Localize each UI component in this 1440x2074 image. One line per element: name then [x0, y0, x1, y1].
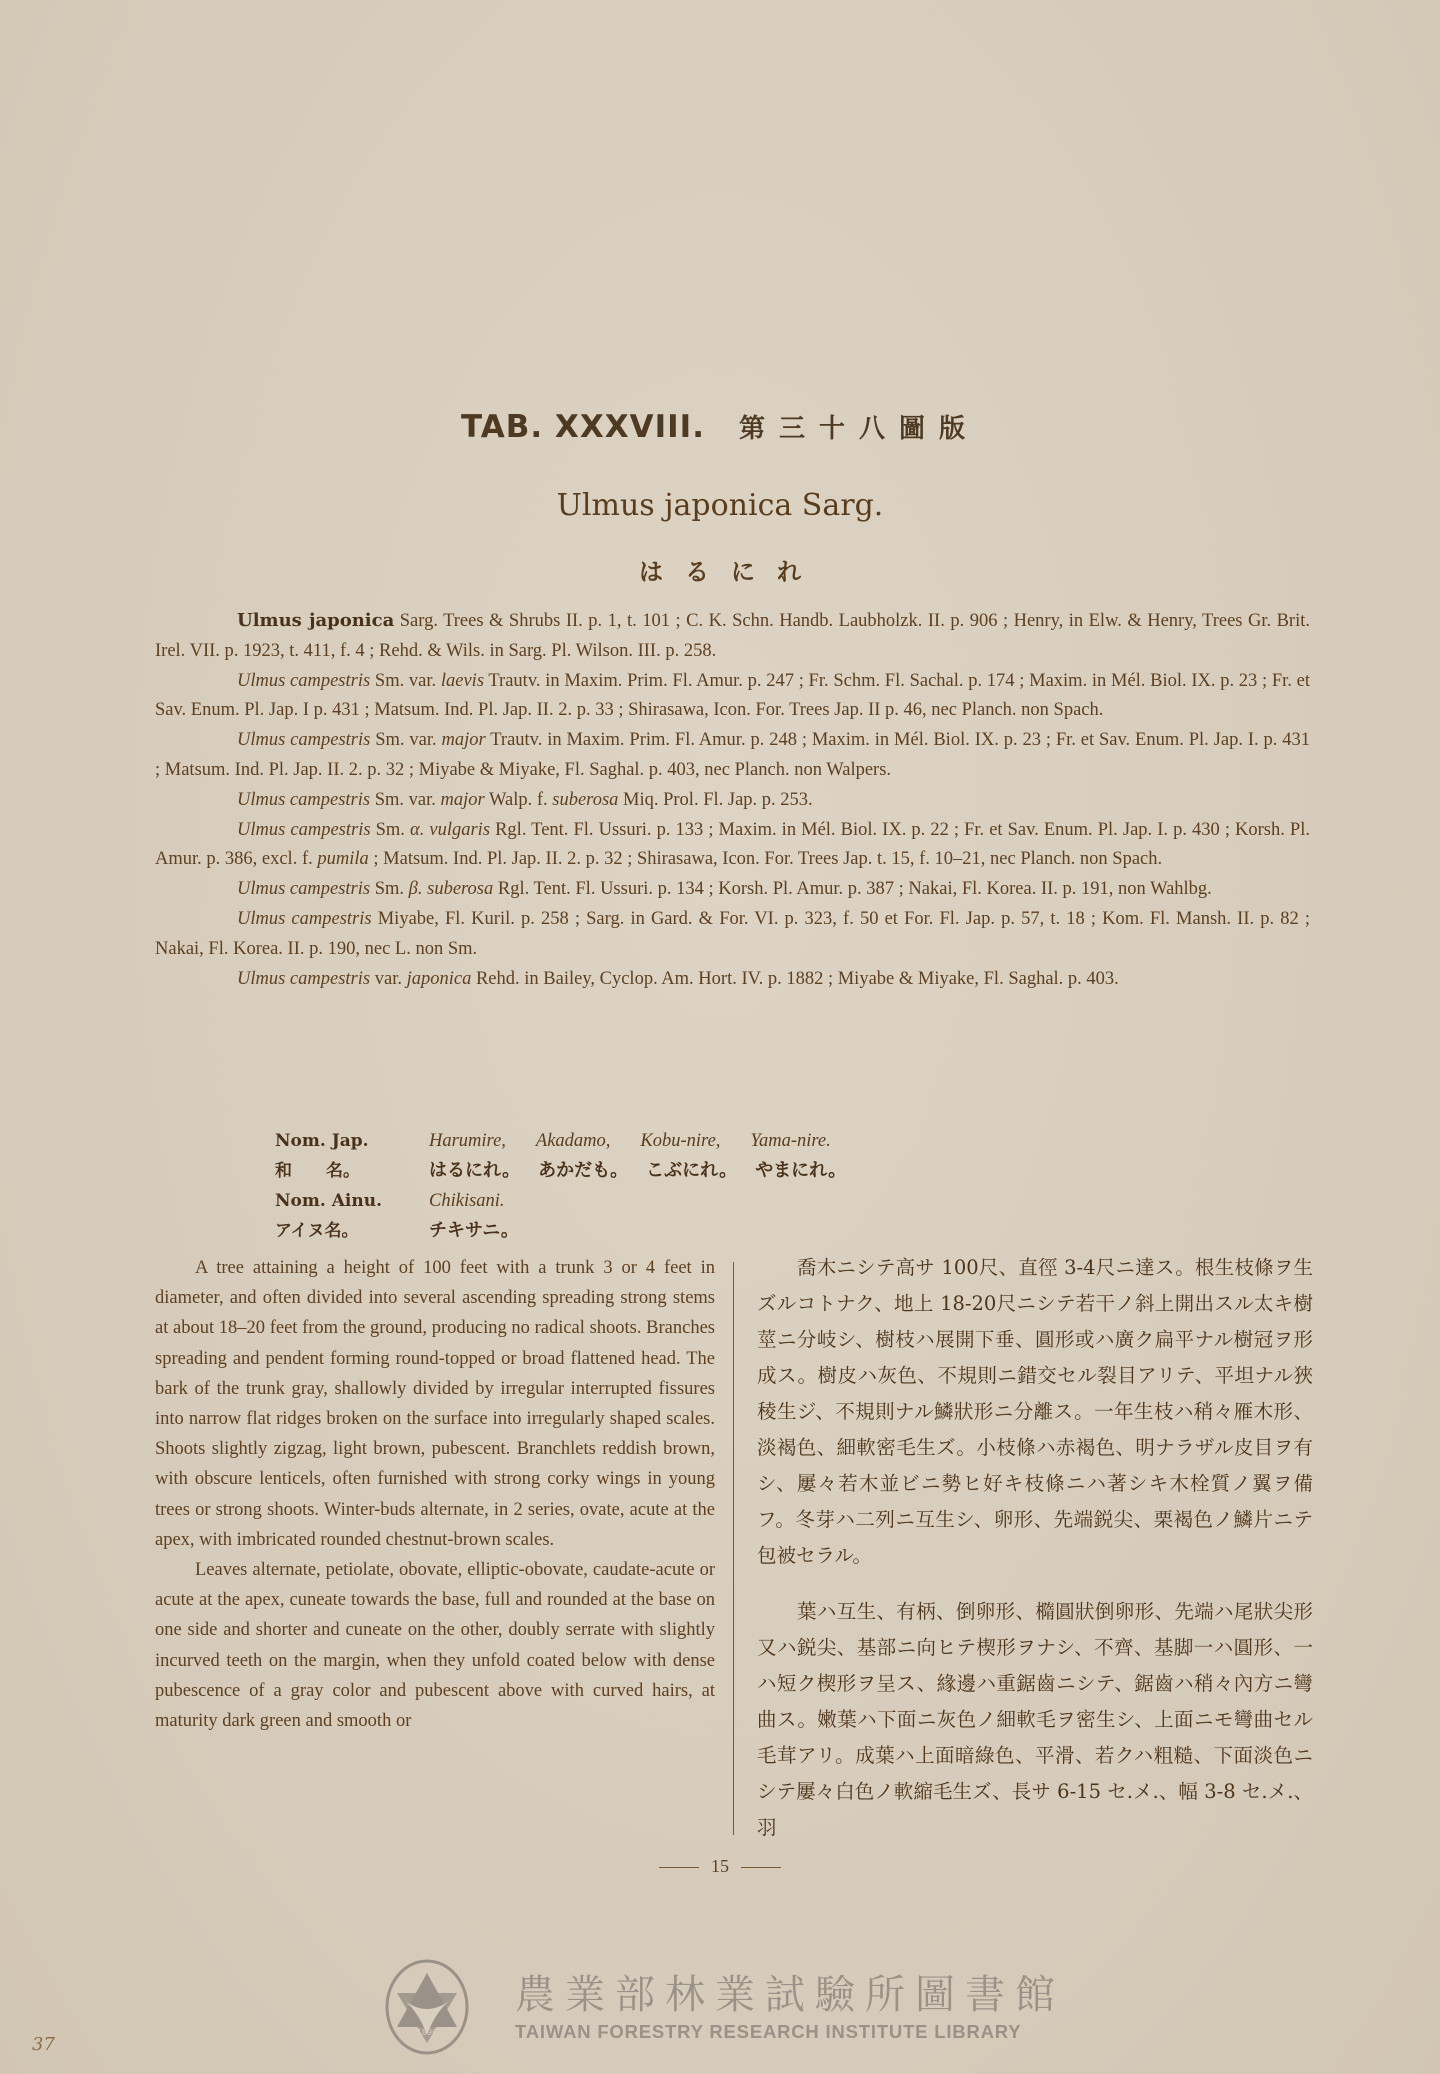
nom-ainu-label: Nom. Ainu.	[275, 1186, 429, 1216]
ainu-row: アイヌ名。 チキサニ。	[275, 1216, 1175, 1246]
paragraph: 喬木ニシテ高サ 100尺、直徑 3-4尺ニ達ス。根生枝條ヲ生ズルコトナク、地上 …	[757, 1250, 1313, 1574]
watermark-english: TAIWAN FORESTRY RESEARCH INSTITUTE LIBRA…	[515, 2021, 1021, 2043]
synonym-entry: Ulmus campestris Sm. var. laevis Trautv.…	[155, 667, 1310, 727]
plate-label-jp: 第三十八圖版	[739, 414, 979, 444]
plate-title: TAB. XXXVIII.第三十八圖版	[0, 408, 1440, 445]
dash-rule	[659, 1867, 699, 1868]
synonym-entry: Ulmus campestris Sm. var. major Trautv. …	[155, 726, 1310, 786]
handwritten-mark: 37	[32, 2034, 55, 2055]
institute-seal-icon: 1896	[375, 1955, 480, 2060]
synonym-entry: Ulmus campestris var. japonica Rehd. in …	[155, 965, 1310, 995]
vernacular-names: Nom. Jap. Harumire, Akadamo, Kobu-nire, …	[275, 1126, 1175, 1246]
nom-jap-label: Nom. Jap.	[275, 1126, 429, 1156]
synonym-entry: Ulmus campestris Miyabe, Fl. Kuril. p. 2…	[155, 905, 1310, 965]
wamei-row: 和 名。 はるにれ。 あかだも。 こぶにれ。 やまにれ。	[275, 1156, 1175, 1186]
synonym-entry: Ulmus campestris Sm. α. vulgaris Rgl. Te…	[155, 816, 1310, 876]
paragraph: Leaves alternate, petiolate, obovate, el…	[155, 1555, 715, 1736]
svg-text:1896: 1896	[417, 2028, 437, 2037]
kana-title: はるにれ	[0, 552, 1440, 587]
synonym-entry: Ulmus campestris Sm. β. suberosa Rgl. Te…	[155, 875, 1310, 905]
nom-jap-row: Nom. Jap. Harumire, Akadamo, Kobu-nire, …	[275, 1126, 1175, 1156]
ainu-label: アイヌ名。	[275, 1216, 429, 1246]
nom-ainu-row: Nom. Ainu. Chikisani.	[275, 1186, 1175, 1216]
wamei-label: 和 名。	[275, 1156, 429, 1186]
synonym-entry: Ulmus japonica Sarg. Trees & Shrubs II. …	[155, 606, 1310, 667]
dash-rule	[741, 1867, 781, 1868]
species-title: Ulmus japonica Sarg.	[0, 488, 1440, 523]
description-japanese: 喬木ニシテ高サ 100尺、直徑 3-4尺ニ達ス。根生枝條ヲ生ズルコトナク、地上 …	[757, 1250, 1313, 1846]
library-watermark: 1896 農業部林業試驗所圖書館 TAIWAN FORESTRY RESEARC…	[375, 1955, 1095, 2065]
watermark-chinese: 農業部林業試驗所圖書館	[515, 1963, 1065, 2020]
synonymy-block: Ulmus japonica Sarg. Trees & Shrubs II. …	[155, 606, 1310, 994]
plate-label: TAB. XXXVIII.	[461, 409, 705, 445]
synonym-entry: Ulmus campestris Sm. var. major Walp. f.…	[155, 786, 1310, 816]
column-divider	[733, 1262, 734, 1835]
page-number: 15	[0, 1856, 1440, 1877]
paragraph: 葉ハ互生、有柄、倒卵形、橢圓狀倒卵形、先端ハ尾狀尖形又ハ鋭尖、基部ニ向ヒテ楔形ヲ…	[757, 1594, 1313, 1846]
description-english: A tree attaining a height of 100 feet wi…	[155, 1253, 715, 1736]
paragraph: A tree attaining a height of 100 feet wi…	[155, 1253, 715, 1555]
